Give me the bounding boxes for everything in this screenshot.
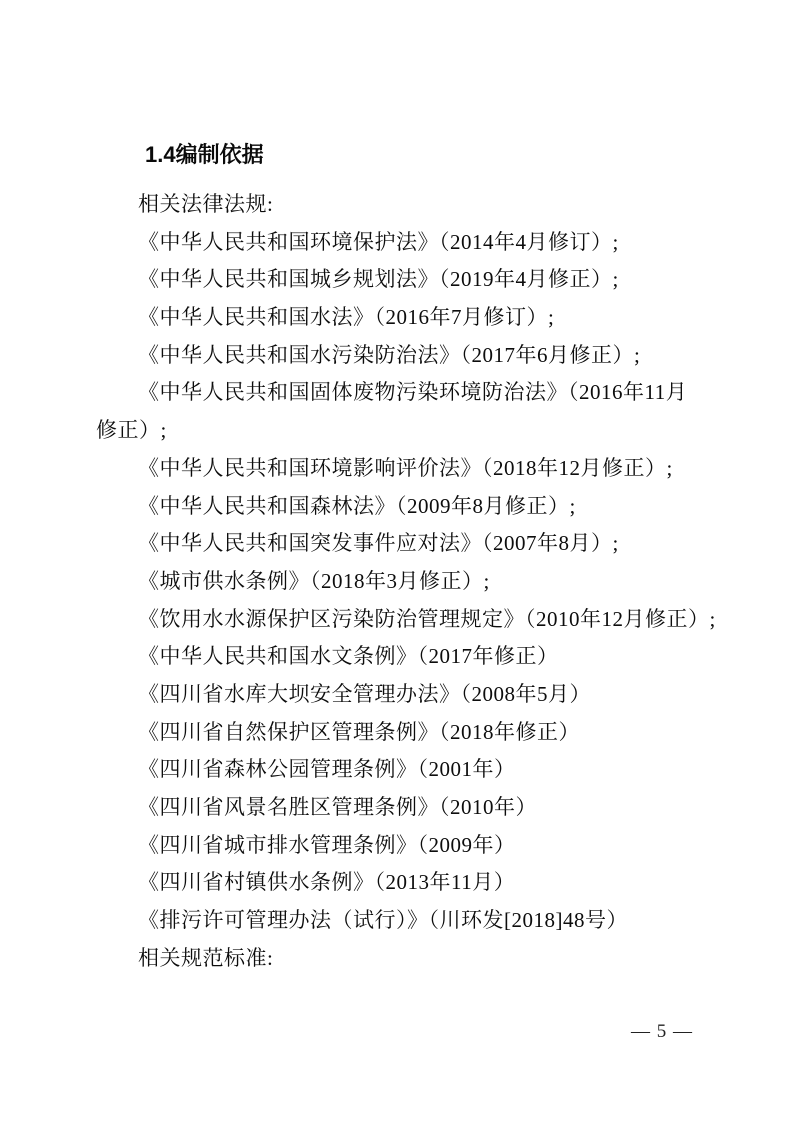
document-line: 《四川省水库大坝安全管理办法》（2008年5月） — [96, 676, 736, 714]
section-heading: 1.4编制依据 — [145, 140, 264, 170]
document-line: 《中华人民共和国固体废物污染环境防治法》（2016年11月 — [96, 374, 736, 412]
document-body: 相关法律法规: 《中华人民共和国环境保护法》（2014年4月修订）; 《中华人民… — [96, 186, 736, 977]
document-line: 相关法律法规: — [96, 186, 736, 224]
document-line: 《中华人民共和国森林法》（2009年8月修正）; — [96, 488, 736, 526]
document-line: 《中华人民共和国水污染防治法》（2017年6月修正）; — [96, 337, 736, 375]
document-line: 《中华人民共和国水法》（2016年7月修订）; — [96, 299, 736, 337]
document-line: 《四川省风景名胜区管理条例》（2010年） — [96, 789, 736, 827]
document-line: 《中华人民共和国城乡规划法》（2019年4月修正）; — [96, 261, 736, 299]
document-line: 《排污许可管理办法（试行）》（川环发[2018]48号） — [96, 902, 736, 940]
document-line: 《中华人民共和国环境影响评价法》（2018年12月修正）; — [96, 450, 736, 488]
document-line: 《四川省自然保护区管理条例》（2018年修正） — [96, 714, 736, 752]
document-line: 《中华人民共和国水文条例》（2017年修正） — [96, 638, 736, 676]
document-line: 《城市供水条例》（2018年3月修正）; — [96, 563, 736, 601]
document-line: 相关规范标准: — [96, 940, 736, 978]
document-line: 《中华人民共和国环境保护法》（2014年4月修订）; — [96, 224, 736, 262]
page-number: — 5 — — [631, 1018, 693, 1046]
document-line: 修正）; — [96, 412, 736, 450]
document-page: 1.4编制依据 相关法律法规: 《中华人民共和国环境保护法》（2014年4月修订… — [0, 0, 793, 1122]
document-line: 《饮用水水源保护区污染防治管理规定》（2010年12月修正）; — [96, 601, 736, 639]
document-line: 《四川省城市排水管理条例》（2009年） — [96, 827, 736, 865]
document-line: 《中华人民共和国突发事件应对法》（2007年8月）; — [96, 525, 736, 563]
document-line: 《四川省村镇供水条例》（2013年11月） — [96, 864, 736, 902]
document-line: 《四川省森林公园管理条例》（2001年） — [96, 751, 736, 789]
